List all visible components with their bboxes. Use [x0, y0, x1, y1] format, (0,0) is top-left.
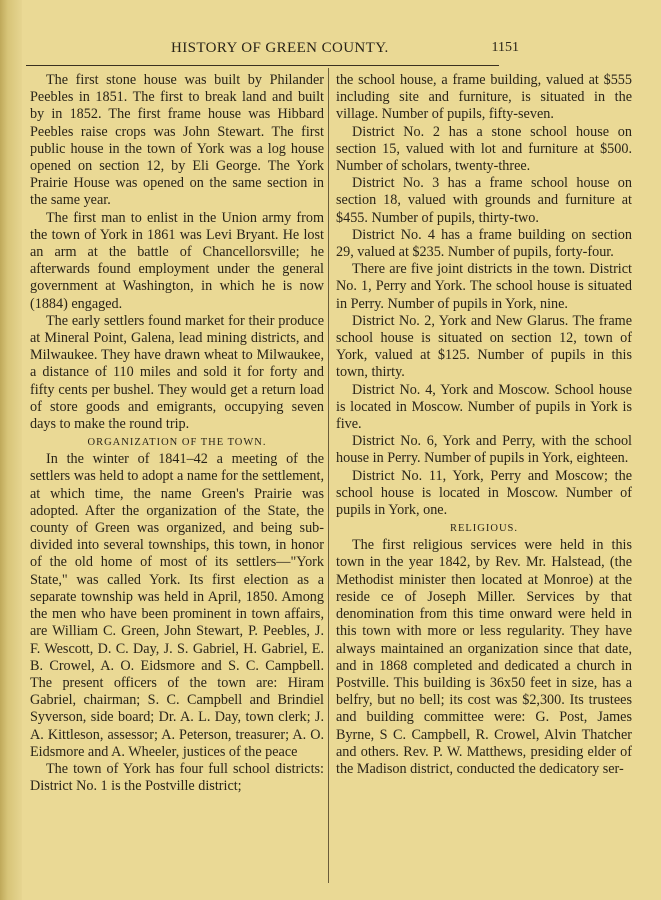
- paragraph: District No. 2 has a stone school house …: [336, 124, 632, 176]
- column-divider: [328, 68, 329, 883]
- paragraph: District No. 11, York, Perry and Moscow;…: [336, 468, 632, 520]
- paragraph: District No. 6, York and Perry, with the…: [336, 433, 632, 467]
- page-number: 1151: [476, 40, 519, 56]
- section-heading: RELIGIOUS.: [336, 520, 632, 537]
- paragraph: The early settlers found market for thei…: [30, 313, 324, 433]
- section-heading: ORGANIZATION OF THE TOWN.: [30, 434, 324, 451]
- running-head: HISTORY OF GREEN COUNTY. 1151: [0, 40, 661, 60]
- paragraph: District No. 4 has a frame building on s…: [336, 227, 632, 261]
- header-rule: [26, 65, 499, 66]
- right-column: the school house, a frame building, valu…: [336, 72, 632, 778]
- paragraph: the school house, a frame building, valu…: [336, 72, 632, 124]
- paragraph: In the winter of 1841–42 a meeting of th…: [30, 451, 324, 761]
- paragraph: The first man to enlist in the Union arm…: [30, 210, 324, 313]
- paragraph: District No. 3 has a frame school house …: [336, 175, 632, 227]
- paragraph: There are five joint districts in the to…: [336, 261, 632, 313]
- paragraph: District No. 2, York and New Glarus. The…: [336, 313, 632, 382]
- paragraph: The town of York has four full school di…: [30, 761, 324, 795]
- page-title: HISTORY OF GREEN COUNTY.: [171, 40, 389, 57]
- book-page: HISTORY OF GREEN COUNTY. 1151 The first …: [0, 0, 661, 900]
- left-column: The first stone house was built by Phila…: [30, 72, 324, 795]
- paragraph: District No. 4, York and Moscow. School …: [336, 382, 632, 434]
- paragraph: The first stone house was built by Phila…: [30, 72, 324, 210]
- paragraph: The first religious services were held i…: [336, 537, 632, 778]
